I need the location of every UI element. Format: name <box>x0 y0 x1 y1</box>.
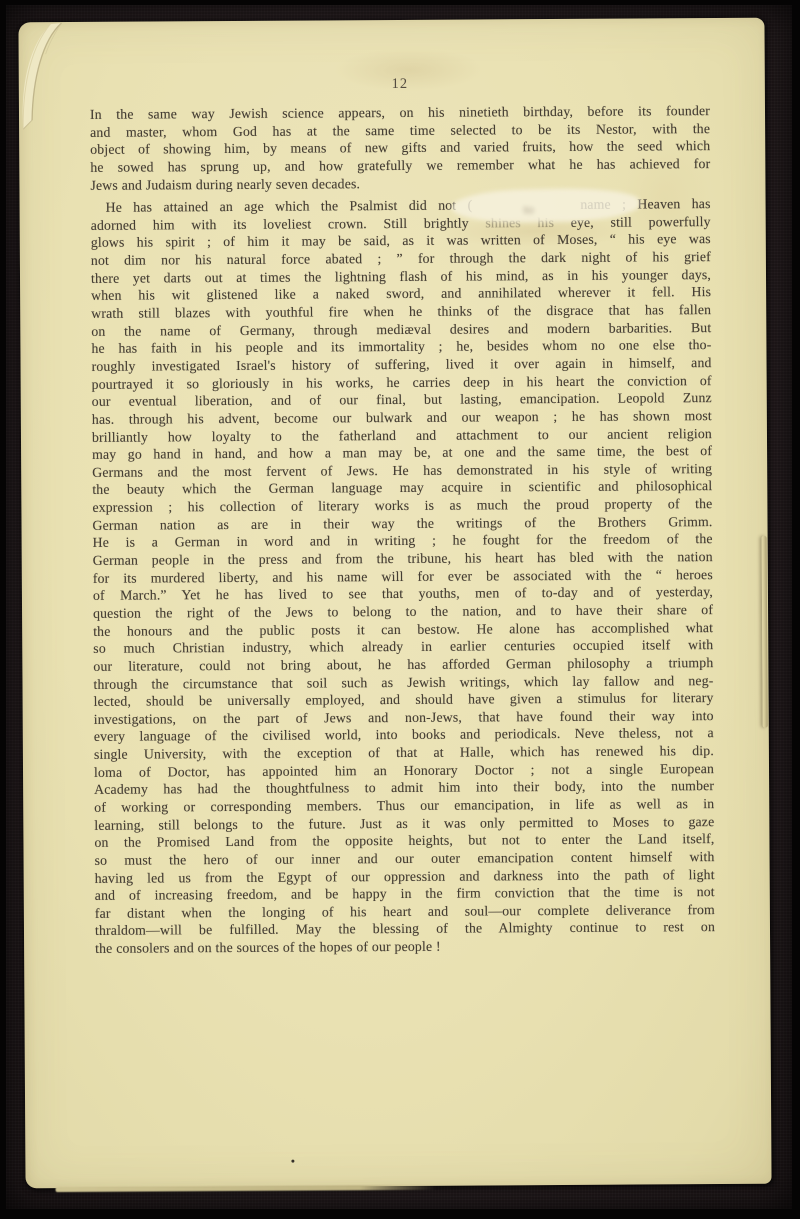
underpage-edge <box>762 536 768 728</box>
text-segment: He has attained an age which the Psalmis… <box>106 198 473 215</box>
erased-ghost-text: to <box>523 201 533 217</box>
text-line: Jews and Judaism during nearly seven dec… <box>90 173 710 194</box>
folded-corner <box>15 20 100 155</box>
text-line: the consolers and on the sources of the … <box>95 936 715 957</box>
page-text: In the same way Jewish science appears, … <box>90 102 715 958</box>
ink-dot <box>291 1160 294 1163</box>
text-segment: adorned him with its loveliest crown. St… <box>91 215 486 232</box>
scanned-page: 12 In the same way Jewish science appear… <box>18 18 771 1189</box>
page-number: 12 <box>90 74 710 95</box>
text-line: he sowed has sprung up, and how grateful… <box>90 155 710 176</box>
